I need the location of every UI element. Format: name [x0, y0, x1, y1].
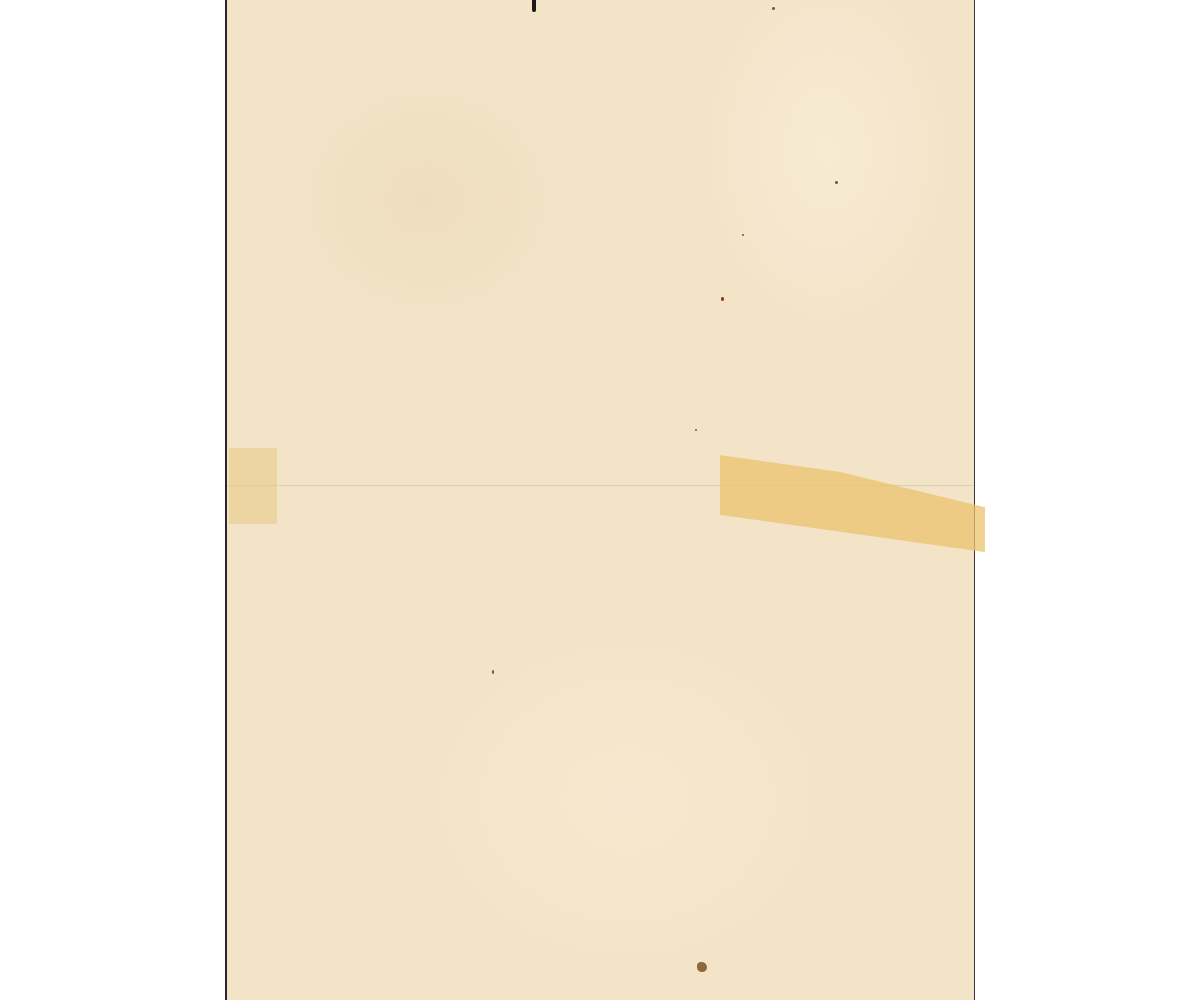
- scanned-blank-page: [225, 0, 975, 1000]
- tape-strip-right: [720, 455, 985, 552]
- stain: [697, 962, 707, 972]
- speck: [721, 297, 724, 301]
- tape-strip-left: [229, 448, 277, 524]
- speck: [492, 670, 494, 674]
- speck: [695, 429, 697, 431]
- speck: [772, 7, 775, 10]
- speck: [742, 234, 744, 236]
- speck: [835, 181, 838, 184]
- ink-mark: [532, 0, 536, 12]
